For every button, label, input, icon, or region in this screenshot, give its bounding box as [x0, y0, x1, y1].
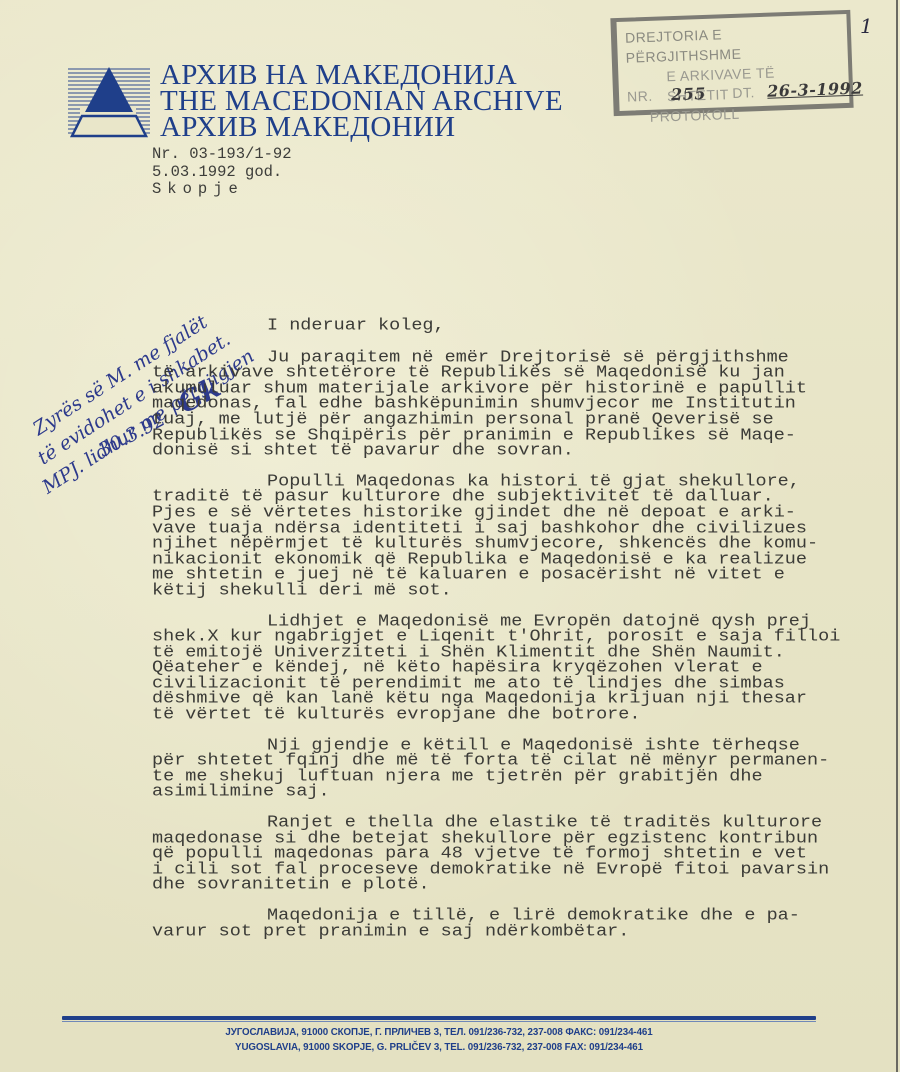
- organization-names: АРХИВ НА МАКЕДОНИЈА THE MACEDONIAN ARCHI…: [160, 62, 563, 140]
- paragraph-line: Ranjet e thella dhe elastike të traditës…: [152, 816, 852, 830]
- paragraph-line: varur sot pret pranimin e saj ndërkombët…: [152, 924, 852, 938]
- footer-rule: [62, 1016, 816, 1020]
- paragraph-line: këtij shekulli deri më sot.: [152, 584, 852, 598]
- paragraph-2: Populli Maqedonas ka histori të gjat she…: [152, 474, 852, 599]
- footer-address-latin: YUGOSLAVIA, 91000 SKOPJE, G. PRLIČEV 3, …: [88, 1040, 789, 1055]
- letter-date: 5.03.1992 god.: [152, 164, 292, 182]
- paragraph-line: maqedonas, fal edhe bashkëpunimin shumvj…: [152, 397, 852, 411]
- letterhead-footer: ЈУГОСЛАВИЈА, 91000 СКОПЈЕ, Г. ПРЛИЧЕВ 3,…: [88, 1025, 789, 1055]
- paragraph-line: të arkivave shtetërore të Republikës së …: [152, 366, 852, 380]
- paragraph-line: për shtetet fqinj dhe më të forta të cil…: [152, 754, 852, 768]
- protocol-stamp: DREJTORIA E PËRGJITHSHME E ARKIVAVE TË S…: [610, 10, 853, 116]
- reference-number: Nr. 03-193/1-92: [152, 146, 292, 164]
- paragraph-1: Ju paraqitem në emër Drejtorisë së përgj…: [152, 350, 852, 459]
- paragraph-line: Maqedonija e tillë, e lirë demokratike d…: [152, 909, 852, 923]
- paragraph-line: donisë si shtet të pavarur dhe sovran.: [152, 444, 852, 458]
- paragraph-3: Lidhjet e Maqedonisë me Evropën datojnë …: [152, 614, 852, 723]
- paragraph-line: njihet nëpërmjet të kulturës shumvjecore…: [152, 537, 852, 551]
- archive-triangle-logo-icon: [68, 66, 150, 138]
- paragraph-4: Nji gjendje e këtill e Maqedonisë ishte …: [152, 738, 852, 800]
- paragraph-line: traditë të pasur kulturore dhe subjektiv…: [152, 490, 852, 504]
- paragraph-line: shek.X kur ngabrigjet e Liqenit t'Ohrit,…: [152, 630, 852, 644]
- page-edge-shadow: [896, 0, 898, 1072]
- paragraph-line: asimilimine saj.: [152, 785, 852, 799]
- paragraph-line: të vërtet të kulturës evropjane dhe botr…: [152, 708, 852, 722]
- stamp-dt-label: DT.: [732, 84, 755, 101]
- footer-address-cyrillic: ЈУГОСЛАВИЈА, 91000 СКОПЈЕ, Г. ПРЛИЧЕВ 3,…: [88, 1025, 789, 1040]
- paragraph-line: që populli maqedonas para 48 vjetve të f…: [152, 847, 852, 861]
- paragraph-line: tuaj, me lutjë për angazhimin personal p…: [152, 413, 852, 427]
- paragraph-5: Ranjet e thella dhe elastike të traditës…: [152, 815, 852, 893]
- stamp-nr-label: NR.: [627, 88, 653, 105]
- org-name-russian: АРХИВ МАКЕДОНИИ: [160, 114, 563, 140]
- paragraph-line: Pjes e së vërtetes historike gjindet dhe…: [152, 506, 852, 520]
- paragraph-line: me shtetin e juej në të kaluaren e posac…: [152, 568, 852, 582]
- stamp-dt-value: 26-3-1992: [767, 78, 863, 100]
- letter-city: Skopje: [152, 181, 292, 199]
- salutation: I nderuar koleg,: [267, 319, 852, 333]
- stamp-nr-value: 255: [671, 84, 707, 104]
- letter-page: АРХИВ НА МАКЕДОНИЈА THE MACEDONIAN ARCHI…: [0, 0, 900, 1072]
- paragraph-line: dhe sovranitetin e plotë.: [152, 878, 852, 892]
- footer-rule-thin: [62, 1021, 816, 1022]
- reference-block: Nr. 03-193/1-92 5.03.1992 god. Skopje: [152, 146, 292, 199]
- paragraph-line: Qëateher e këndej, në këto hapësira kryq…: [152, 661, 852, 675]
- paragraph-6: Maqedonija e tillë, e lirë demokratike d…: [152, 908, 852, 939]
- page-number: 1: [860, 14, 873, 38]
- letter-body: I nderuar koleg, Ju paraqitem në emër Dr…: [152, 318, 852, 954]
